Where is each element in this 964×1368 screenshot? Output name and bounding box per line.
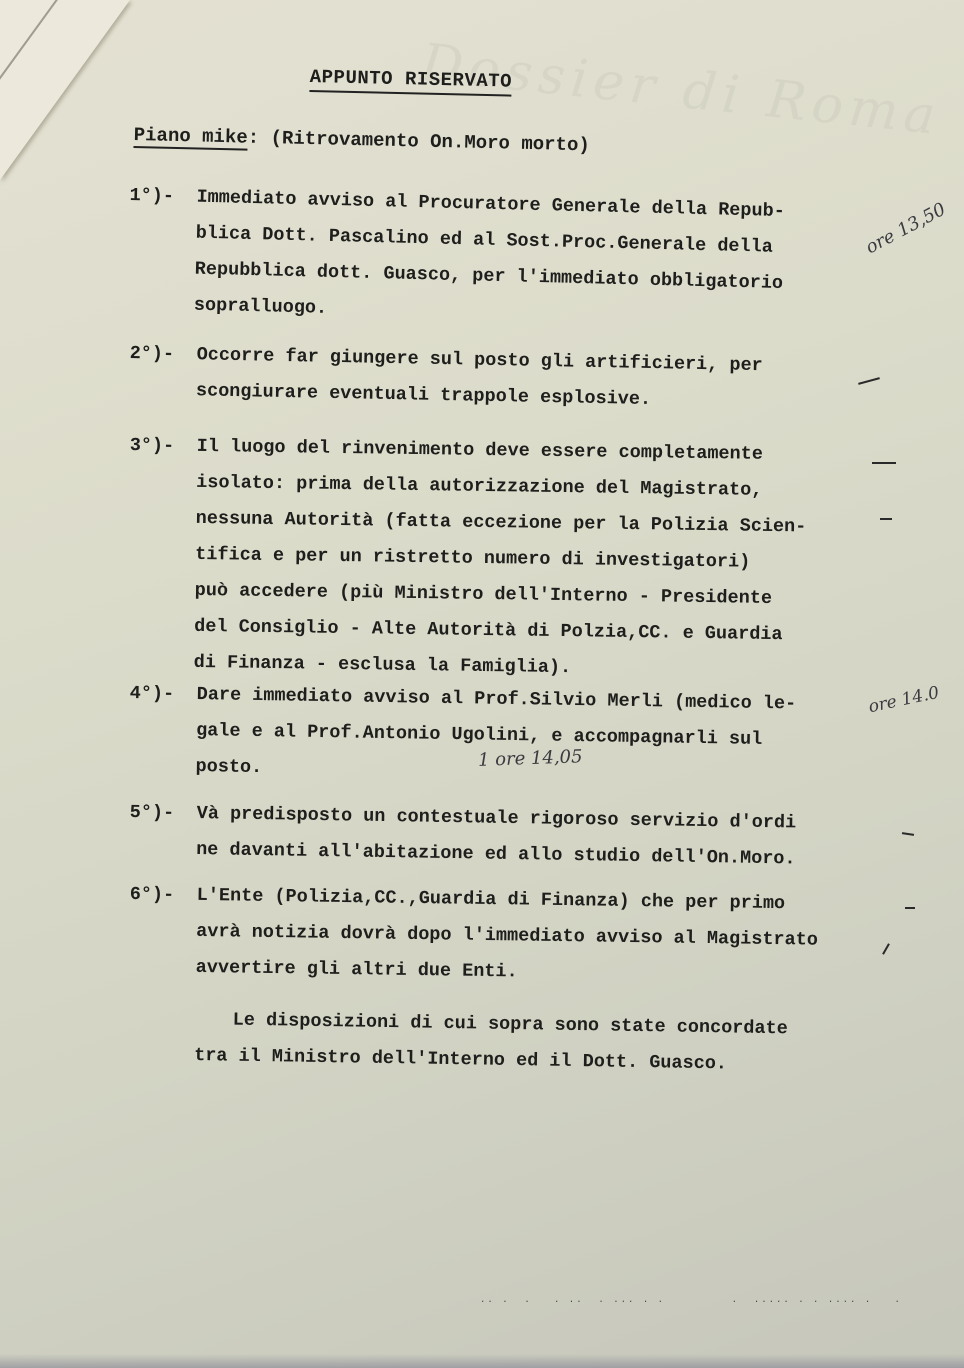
plan-description: (Ritrovamento On.Moro morto) [259,127,590,156]
list-item-6: 6°)- L'Ente (Polizia,CC.,Guardia di Fina… [128,877,896,996]
page-edge-shadow [0,1354,964,1368]
handwritten-note-3: 1 ore 14,05 [478,746,583,771]
faint-typed-residue: .. . . . .. . ... . . . ..... . . .... .… [480,1295,902,1305]
margin-mark [872,462,896,464]
margin-mark [902,832,914,836]
item-number: 4°)- [129,676,174,713]
list-item-3: 3°)- Il luogo del rinvenimento deve esse… [126,428,896,691]
list-item-4: 4°)- Dare immediato avviso al Prof.Silvi… [128,676,897,796]
list-item-1: 1°)- Immediato avviso al Procuratore Gen… [126,178,896,341]
closing-paragraph: Le disposizioni di cui sopra sono state … [194,1002,788,1083]
list-item-5: 5°)- Và predisposto un contestuale rigor… [129,795,897,879]
document-page: Dossier di Roma APPUNTO RISERVATO Piano … [0,0,964,1368]
item-number: 2°)- [129,336,174,373]
item-number: 1°)- [129,178,174,215]
margin-mark [880,518,892,520]
document-subtitle: Piano mike: (Ritrovamento On.Moro morto) [134,124,590,156]
margin-mark [905,907,915,909]
plan-label: Piano mike [133,124,248,151]
folded-corner [0,0,130,180]
item-number: 6°)- [129,877,174,914]
item-number: 3°)- [129,428,174,465]
item-number: 5°)- [129,795,174,832]
document-title: APPUNTO RISERVATO [310,66,513,93]
list-item-2: 2°)- Occorre far giungere sul posto gli … [129,336,897,423]
